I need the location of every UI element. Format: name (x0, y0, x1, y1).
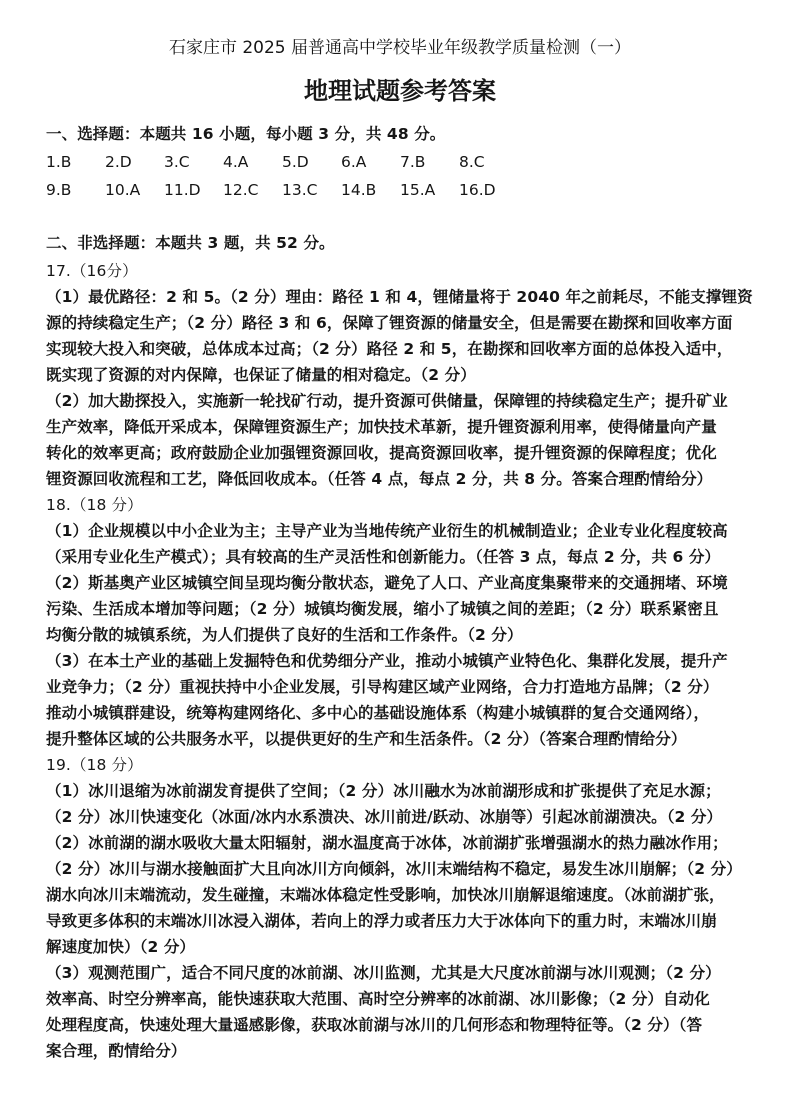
q18-header: 18.（18 分） (46, 495, 143, 515)
answer-9: 9.B (46, 180, 105, 200)
answer-line: （2 分）冰川快速变化（冰面/冰内水系溃决、冰川前进/跃动、冰崩等）引起冰前湖溃… (46, 807, 722, 827)
answer-line: 解速度加快）（2 分） (46, 937, 195, 957)
answer-line: 效率高、时空分辨率高，能快速获取大范围、高时空分辨率的冰前湖、冰川影像；（2 分… (46, 989, 710, 1009)
answer-line: （2）冰前湖的湖水吸收大量太阳辐射，湖水温度高于冰体，冰前湖扩张增强湖水的热力融… (46, 833, 728, 853)
answer-line: 源的持续稳定生产；（2 分）路径 3 和 6，保障了锂资源的储量安全，但是需要在… (46, 313, 733, 333)
answer-12: 12.C (223, 180, 282, 200)
answer-line: 均衡分散的城镇系统，为人们提供了良好的生活和工作条件。（2 分） (46, 625, 523, 645)
answer-line: 业竞争力；（2 分）重视扶持中小企业发展，引导构建区域产业网络，合力打造地方品牌… (46, 677, 718, 697)
answer-line: 生产效率，降低开采成本，保障锂资源生产；加快技术革新，提升锂资源利用率，使得储量… (46, 417, 717, 437)
answer-line: （2 分）冰川与湖水接触面扩大且向冰川方向倾斜，冰川末端结构不稳定，易发生冰川崩… (46, 859, 742, 879)
answer-key-page: 石家庄市 2025 届普通高中学校毕业年级教学质量检测（一） 地理试题参考答案 … (0, 0, 800, 1111)
answer-line: （1）冰川退缩为冰前湖发育提供了空间；（2 分）冰川融水为冰前湖形成和扩张提供了… (46, 781, 721, 801)
answer-4: 4.A (223, 152, 282, 172)
answer-2: 2.D (105, 152, 164, 172)
answer-line: 锂资源回收流程和工艺，降低回收成本。（任答 4 点，每点 2 分，共 8 分。答… (46, 469, 712, 489)
answer-6: 6.A (341, 152, 400, 172)
answer-line: 转化的效率更高；政府鼓励企业加强锂资源回收，提高资源回收率，提升锂资源的保障程度… (46, 443, 717, 463)
answer-line: 既实现了资源的对内保障，也保证了储量的相对稳定。（2 分） (46, 365, 476, 385)
answer-line: 实现较大投入和突破，总体成本过高；（2 分）路径 2 和 5，在勘探和回收率方面… (46, 339, 733, 359)
answer-3: 3.C (164, 152, 223, 172)
answer-line: 案合理，酌情给分） (46, 1041, 186, 1061)
answer-line: 处理程度高，快速处理大量遥感影像，获取冰前湖与冰川的几何形态和物理特征等。（2 … (46, 1015, 702, 1035)
answer-11: 11.D (164, 180, 223, 200)
section1-heading: 一、选择题：本题共 16 小题，每小题 3 分，共 48 分。 (46, 124, 445, 144)
answer-line: （2）加大勘探投入，实施新一轮找矿行动，提升资源可供储量，保障锂的持续稳定生产；… (46, 391, 728, 411)
answer-line: （3）在本土产业的基础上发掘特色和优势细分产业，推动小城镇产业特色化、集群化发展… (46, 651, 728, 671)
answer-16: 16.D (459, 180, 518, 200)
answer-line: （1）最优路径：2 和 5。（2 分）理由：路径 1 和 4，锂储量将于 204… (46, 287, 753, 307)
answers-row-2: 9.B10.A11.D12.C13.C14.B15.A16.D (46, 180, 518, 200)
answer-line: （采用专业化生产模式）；具有较高的生产灵活性和创新能力。（任答 3 点，每点 2… (46, 547, 720, 567)
answer-line: 导致更多体积的末端冰川冰浸入湖体，若向上的浮力或者压力大于冰体向下的重力时，末端… (46, 911, 717, 931)
section2-heading: 二、非选择题：本题共 3 题，共 52 分。 (46, 233, 335, 253)
answer-8: 8.C (459, 152, 518, 172)
answer-line: 推动小城镇群建设，统筹构建网络化、多中心的基础设施体系（构建小城镇群的复合交通网… (46, 703, 709, 723)
answer-14: 14.B (341, 180, 400, 200)
q17-header: 17.（16分） (46, 261, 138, 281)
answer-line: 提升整体区域的公共服务水平，以提供更好的生产和生活条件。（2 分）（答案合理酌情… (46, 729, 686, 749)
answer-7: 7.B (400, 152, 459, 172)
answers-row-1: 1.B2.D3.C4.A5.D6.A7.B8.C (46, 152, 518, 172)
document-title: 地理试题参考答案 (0, 76, 800, 106)
answer-5: 5.D (282, 152, 341, 172)
answer-line: 湖水向冰川末端流动，发生碰撞，末端冰体稳定性受影响，加快冰川崩解退缩速度。（冰前… (46, 885, 725, 905)
answer-line: （1）企业规模以中小企业为主；主导产业为当地传统产业衍生的机械制造业；企业专业化… (46, 521, 728, 541)
answer-15: 15.A (400, 180, 459, 200)
exam-title: 石家庄市 2025 届普通高中学校毕业年级教学质量检测（一） (0, 37, 800, 59)
answer-1: 1.B (46, 152, 105, 172)
answer-10: 10.A (105, 180, 164, 200)
answer-line: （3）观测范围广，适合不同尺度的冰前湖、冰川监测，尤其是大尺度冰前湖与冰川观测；… (46, 963, 721, 983)
answer-line: （2）斯基奥产业区城镇空间呈现均衡分散状态，避免了人口、产业高度集聚带来的交通拥… (46, 573, 728, 593)
answer-line: 污染、生活成本增加等问题；（2 分）城镇均衡发展，缩小了城镇之间的差距；（2 分… (46, 599, 718, 619)
q19-header: 19.（18 分） (46, 755, 143, 775)
answer-13: 13.C (282, 180, 341, 200)
